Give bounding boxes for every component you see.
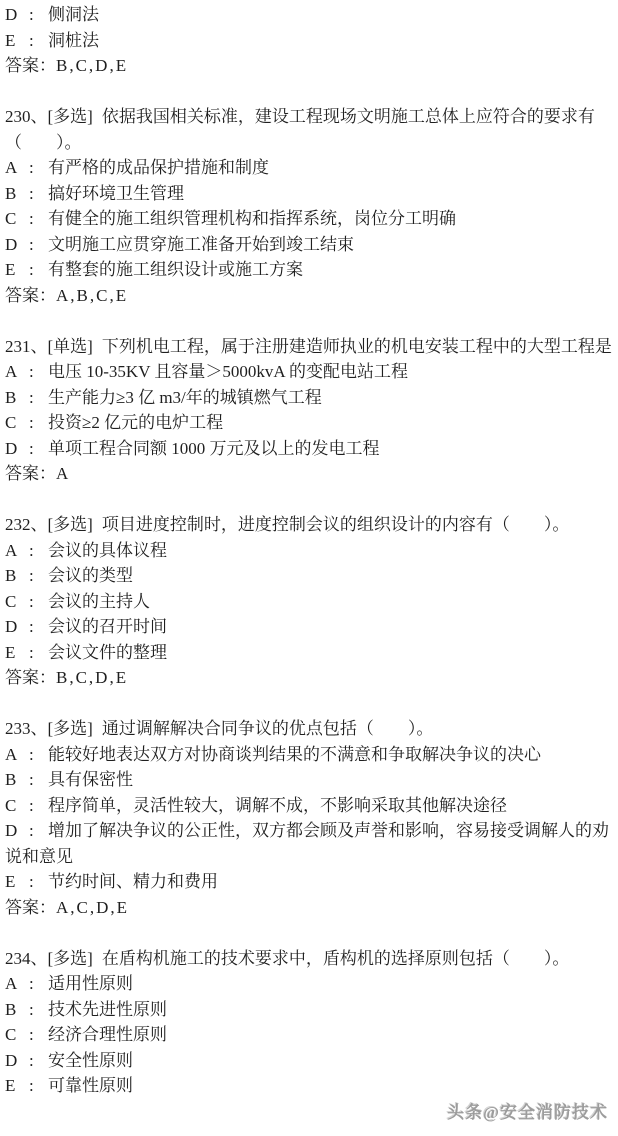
option-text: 会议文件的整理 bbox=[48, 643, 167, 662]
answer-label: 答案： bbox=[5, 668, 56, 687]
option-label: E bbox=[5, 28, 29, 54]
option-colon: : bbox=[29, 385, 48, 411]
option-text: 经济合理性原则 bbox=[48, 1025, 167, 1044]
option-row: C:投资≥2 亿元的电炉工程 bbox=[5, 410, 612, 436]
option-label: A bbox=[5, 971, 29, 997]
question-block-231: 231、[单选]下列机电工程，属于注册建造师执业的机电安装工程中的大型工程是 A… bbox=[5, 334, 612, 487]
question-number: 234、[多选] bbox=[5, 949, 93, 968]
option-row: E:可靠性原则 bbox=[5, 1073, 612, 1099]
answer-value: A,B,C,E bbox=[56, 286, 128, 305]
option-text: 投资≥2 亿元的电炉工程 bbox=[48, 413, 223, 432]
option-colon: : bbox=[29, 818, 48, 844]
option-row: D:增加了解决争议的公正性，双方都会顾及声誉和影响，容易接受调解人的劝说和意见 bbox=[5, 818, 612, 869]
option-row: E:节约时间、精力和费用 bbox=[5, 869, 612, 895]
option-label: E bbox=[5, 257, 29, 283]
option-label: D bbox=[5, 614, 29, 640]
option-row: D:单项工程合同额 1000 万元及以上的发电工程 bbox=[5, 436, 612, 462]
option-label: E bbox=[5, 640, 29, 666]
answer-row: 答案：B,C,D,E bbox=[5, 665, 612, 691]
answer-label: 答案： bbox=[5, 56, 56, 75]
option-colon: : bbox=[29, 206, 48, 232]
question-number: 231、[单选] bbox=[5, 337, 93, 356]
option-colon: : bbox=[29, 767, 48, 793]
option-colon: : bbox=[29, 640, 48, 666]
option-colon: : bbox=[29, 359, 48, 385]
option-colon: : bbox=[29, 742, 48, 768]
question-stem-row: 230、[多选]依据我国相关标准，建设工程现场文明施工总体上应符合的要求有（ ）… bbox=[5, 104, 612, 155]
option-row: B:搞好环境卫生管理 bbox=[5, 181, 612, 207]
option-row: E:有整套的施工组织设计或施工方案 bbox=[5, 257, 612, 283]
option-colon: : bbox=[29, 232, 48, 258]
answer-row: 答案：A,B,C,E bbox=[5, 283, 612, 309]
option-colon: : bbox=[29, 155, 48, 181]
question-stem-row: 234、[多选]在盾构机施工的技术要求中，盾构机的选择原则包括（ ）。 bbox=[5, 946, 612, 972]
option-text: 生产能力≥3 亿 m3/年的城镇燃气工程 bbox=[48, 388, 322, 407]
option-text: 节约时间、精力和费用 bbox=[48, 872, 218, 891]
option-label: E bbox=[5, 1073, 29, 1099]
option-text: 可靠性原则 bbox=[48, 1076, 133, 1095]
option-text: 文明施工应贯穿施工准备开始到竣工结束 bbox=[48, 235, 354, 254]
option-label: D bbox=[5, 232, 29, 258]
question-number: 233、[多选] bbox=[5, 719, 93, 738]
option-label: E bbox=[5, 869, 29, 895]
option-text: 安全性原则 bbox=[48, 1051, 133, 1070]
question-block-232: 232、[多选]项目进度控制时，进度控制会议的组织设计的内容有（ ）。 A:会议… bbox=[5, 512, 612, 691]
option-label: C bbox=[5, 793, 29, 819]
option-label: C bbox=[5, 589, 29, 615]
option-label: B bbox=[5, 385, 29, 411]
question-stem-row: 232、[多选]项目进度控制时，进度控制会议的组织设计的内容有（ ）。 bbox=[5, 512, 612, 538]
option-text: 洞桩法 bbox=[48, 31, 99, 50]
option-row: D:会议的召开时间 bbox=[5, 614, 612, 640]
option-colon: : bbox=[29, 2, 48, 28]
question-block-234: 234、[多选]在盾构机施工的技术要求中，盾构机的选择原则包括（ ）。 A:适用… bbox=[5, 946, 612, 1099]
option-row: B:生产能力≥3 亿 m3/年的城镇燃气工程 bbox=[5, 385, 612, 411]
question-stem: 下列机电工程，属于注册建造师执业的机电安装工程中的大型工程是 bbox=[102, 337, 612, 356]
option-row: C:经济合理性原则 bbox=[5, 1022, 612, 1048]
option-label: D bbox=[5, 818, 29, 844]
option-label: B bbox=[5, 997, 29, 1023]
question-stem: 依据我国相关标准，建设工程现场文明施工总体上应符合的要求有（ ）。 bbox=[5, 107, 595, 152]
option-row: B:具有保密性 bbox=[5, 767, 612, 793]
option-colon: : bbox=[29, 563, 48, 589]
question-number: 230、[多选] bbox=[5, 107, 93, 126]
option-label: B bbox=[5, 767, 29, 793]
question-stem: 项目进度控制时，进度控制会议的组织设计的内容有（ ）。 bbox=[102, 515, 570, 534]
option-text: 增加了解决争议的公正性，双方都会顾及声誉和影响，容易接受调解人的劝说和意见 bbox=[5, 821, 609, 866]
question-stem-row: 233、[多选]通过调解解决合同争议的优点包括（ ）。 bbox=[5, 716, 612, 742]
option-text: 适用性原则 bbox=[48, 974, 133, 993]
answer-label: 答案： bbox=[5, 286, 56, 305]
answer-row: 答案：B,C,D,E bbox=[5, 53, 612, 79]
answer-value: B,C,D,E bbox=[56, 56, 128, 75]
option-label: C bbox=[5, 410, 29, 436]
option-label: B bbox=[5, 563, 29, 589]
option-colon: : bbox=[29, 257, 48, 283]
option-text: 技术先进性原则 bbox=[48, 1000, 167, 1019]
option-row: C:程序简单，灵活性较大，调解不成，不影响采取其他解决途径 bbox=[5, 793, 612, 819]
option-text: 能较好地表达双方对协商谈判结果的不满意和争取解决争议的决心 bbox=[48, 745, 541, 764]
option-text: 具有保密性 bbox=[48, 770, 133, 789]
option-row: D:安全性原则 bbox=[5, 1048, 612, 1074]
option-colon: : bbox=[29, 1022, 48, 1048]
answer-row: 答案：A,C,D,E bbox=[5, 895, 612, 921]
option-row: A:电压 10-35KV 且容量＞5000kvA 的变配电站工程 bbox=[5, 359, 612, 385]
option-row: A:能较好地表达双方对协商谈判结果的不满意和争取解决争议的决心 bbox=[5, 742, 612, 768]
option-label: A bbox=[5, 155, 29, 181]
option-colon: : bbox=[29, 589, 48, 615]
question-page: D:侧洞法 E:洞桩法 答案：B,C,D,E 230、[多选]依据我国相关标准，… bbox=[0, 0, 618, 1099]
option-label: B bbox=[5, 181, 29, 207]
option-colon: : bbox=[29, 410, 48, 436]
option-text: 有严格的成品保护措施和制度 bbox=[48, 158, 269, 177]
answer-value: A bbox=[56, 464, 70, 483]
option-text: 会议的主持人 bbox=[48, 592, 150, 611]
option-row: D:侧洞法 bbox=[5, 2, 612, 28]
option-colon: : bbox=[29, 436, 48, 462]
option-colon: : bbox=[29, 1073, 48, 1099]
option-label: D bbox=[5, 2, 29, 28]
option-row: B:技术先进性原则 bbox=[5, 997, 612, 1023]
option-row: A:会议的具体议程 bbox=[5, 538, 612, 564]
question-number: 232、[多选] bbox=[5, 515, 93, 534]
option-text: 程序简单，灵活性较大，调解不成，不影响采取其他解决途径 bbox=[48, 796, 507, 815]
option-colon: : bbox=[29, 793, 48, 819]
option-colon: : bbox=[29, 1048, 48, 1074]
option-text: 会议的类型 bbox=[48, 566, 133, 585]
option-row: B:会议的类型 bbox=[5, 563, 612, 589]
option-label: C bbox=[5, 206, 29, 232]
question-block-230: 230、[多选]依据我国相关标准，建设工程现场文明施工总体上应符合的要求有（ ）… bbox=[5, 104, 612, 308]
option-label: D bbox=[5, 436, 29, 462]
answer-label: 答案： bbox=[5, 464, 56, 483]
option-row: E:会议文件的整理 bbox=[5, 640, 612, 666]
option-row: A:适用性原则 bbox=[5, 971, 612, 997]
option-text: 会议的具体议程 bbox=[48, 541, 167, 560]
option-text: 有整套的施工组织设计或施工方案 bbox=[48, 260, 303, 279]
option-text: 搞好环境卫生管理 bbox=[48, 184, 184, 203]
answer-value: A,C,D,E bbox=[56, 898, 129, 917]
option-colon: : bbox=[29, 181, 48, 207]
option-row: C:有健全的施工组织管理机构和指挥系统，岗位分工明确 bbox=[5, 206, 612, 232]
option-colon: : bbox=[29, 614, 48, 640]
option-label: D bbox=[5, 1048, 29, 1074]
option-label: A bbox=[5, 742, 29, 768]
question-stem: 在盾构机施工的技术要求中，盾构机的选择原则包括（ ）。 bbox=[102, 949, 570, 968]
option-label: A bbox=[5, 538, 29, 564]
option-row: E:洞桩法 bbox=[5, 28, 612, 54]
option-label: A bbox=[5, 359, 29, 385]
answer-label: 答案： bbox=[5, 898, 56, 917]
option-colon: : bbox=[29, 869, 48, 895]
question-stem-row: 231、[单选]下列机电工程，属于注册建造师执业的机电安装工程中的大型工程是 bbox=[5, 334, 612, 360]
option-text: 电压 10-35KV 且容量＞5000kvA 的变配电站工程 bbox=[48, 362, 408, 381]
answer-row: 答案：A bbox=[5, 461, 612, 487]
option-text: 会议的召开时间 bbox=[48, 617, 167, 636]
option-row: C:会议的主持人 bbox=[5, 589, 612, 615]
option-row: D:文明施工应贯穿施工准备开始到竣工结束 bbox=[5, 232, 612, 258]
option-colon: : bbox=[29, 971, 48, 997]
option-label: C bbox=[5, 1022, 29, 1048]
option-row: A:有严格的成品保护措施和制度 bbox=[5, 155, 612, 181]
option-colon: : bbox=[29, 997, 48, 1023]
question-block-233: 233、[多选]通过调解解决合同争议的优点包括（ ）。 A:能较好地表达双方对协… bbox=[5, 716, 612, 920]
option-text: 有健全的施工组织管理机构和指挥系统，岗位分工明确 bbox=[48, 209, 456, 228]
answer-value: B,C,D,E bbox=[56, 668, 128, 687]
watermark: 头条@安全消防技术 bbox=[447, 1100, 608, 1126]
option-colon: : bbox=[29, 538, 48, 564]
option-colon: : bbox=[29, 28, 48, 54]
option-text: 单项工程合同额 1000 万元及以上的发电工程 bbox=[48, 439, 380, 458]
question-stem: 通过调解解决合同争议的优点包括（ ）。 bbox=[102, 719, 434, 738]
option-text: 侧洞法 bbox=[48, 5, 99, 24]
question-block-partial: D:侧洞法 E:洞桩法 答案：B,C,D,E bbox=[5, 2, 612, 79]
